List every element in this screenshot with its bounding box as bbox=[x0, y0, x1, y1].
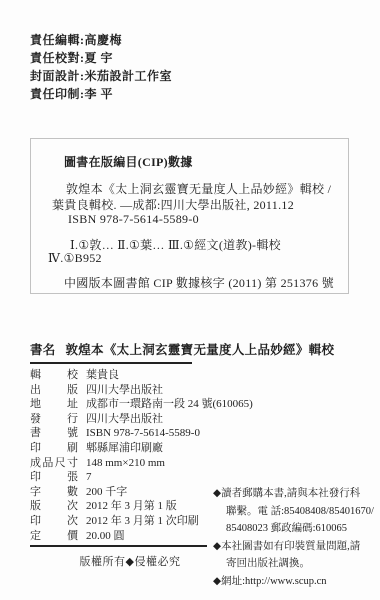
book-title-row: 書名 敦煌本《太上洞玄靈寶无量度人上品妙經》輯校 bbox=[30, 340, 334, 358]
table-row: 印刷郫縣犀浦印刷廠 bbox=[30, 441, 253, 456]
row-value: 2012 年 3 月第 1 次印刷 bbox=[86, 514, 199, 529]
note-mail-order-2: 聯繫。電 話:85408408/85401670/ bbox=[213, 503, 373, 521]
table-row: 地址成都市一環路南一段 24 號(610065) bbox=[30, 397, 253, 412]
cip-data-box: 圖書在版編目(CIP)數據 敦煌本《太上洞玄靈寶无量度人上品妙經》輯校 / 葉貴… bbox=[30, 138, 349, 294]
row-label: 出版 bbox=[30, 383, 78, 398]
row-value: 四川大學出版社 bbox=[86, 412, 163, 427]
cip-title: 圖書在版編目(CIP)數據 bbox=[64, 153, 193, 170]
row-value: 郫縣犀浦印刷廠 bbox=[86, 441, 163, 456]
row-value: 200 千字 bbox=[86, 485, 127, 500]
note-website: ◆網址:http://www.scup.cn bbox=[213, 573, 373, 591]
cip-line-record-no: 中國版本圖書館 CIP 數據核字 (2011) 第 251376 號 bbox=[64, 274, 334, 291]
note-mail-order-3: 85408023 郵政編碼:610065 bbox=[213, 520, 373, 538]
staff-credits: 責任編輯:高慶梅 責任校對:夏 宇 封面設計:米茄設計工作室 責任印制:李 平 bbox=[30, 31, 172, 103]
row-label: 印張 bbox=[30, 470, 78, 485]
cip-line-publisher: 葉貴良輯校. —成都:四川大學出版社, 2011.12 bbox=[52, 196, 294, 213]
row-value: 葉貴良 bbox=[86, 368, 119, 383]
credit-line-cover: 封面設計:米茄設計工作室 bbox=[30, 67, 172, 85]
table-row: 輯校葉貴良 bbox=[30, 368, 253, 383]
copyright-notice: 版權所有◆侵權必究 bbox=[50, 553, 210, 569]
divider-rule-bottom bbox=[30, 545, 207, 547]
note-mail-order-1: ◆讀者郵購本書,請與本社發行科 bbox=[213, 485, 373, 503]
table-row: 書號ISBN 978-7-5614-5589-0 bbox=[30, 426, 253, 441]
table-row: 成品尺寸148 mm×210 mm bbox=[30, 456, 253, 471]
cip-line-isbn: ISBN 978-7-5614-5589-0 bbox=[68, 212, 199, 227]
credit-line-editor: 責任編輯:高慶梅 bbox=[30, 31, 172, 49]
book-title-value: 敦煌本《太上洞玄靈寶无量度人上品妙經》輯校 bbox=[65, 343, 334, 357]
row-label: 印刷 bbox=[30, 441, 78, 456]
row-label: 印次 bbox=[30, 514, 78, 529]
row-label: 字數 bbox=[30, 485, 78, 500]
row-label: 輯校 bbox=[30, 368, 78, 383]
row-value: 20.00 圓 bbox=[86, 529, 125, 544]
note-quality-1: ◆本社圖書如有印裝質量問題,請 bbox=[213, 538, 373, 556]
table-row: 出版四川大學出版社 bbox=[30, 383, 253, 398]
row-label: 地址 bbox=[30, 397, 78, 412]
divider-rule-top bbox=[30, 362, 192, 364]
cip-line-class-code: Ⅳ.①B952 bbox=[48, 251, 102, 266]
row-label: 定價 bbox=[30, 529, 78, 544]
note-quality-2: 寄回出版社調換。 bbox=[213, 555, 373, 573]
table-row: 印張7 bbox=[30, 470, 253, 485]
credit-line-proof: 責任校對:夏 宇 bbox=[30, 49, 172, 67]
row-value: 148 mm×210 mm bbox=[86, 456, 165, 471]
row-value: 四川大學出版社 bbox=[86, 383, 163, 398]
book-title-label: 書名 bbox=[30, 340, 62, 358]
cip-line-title: 敦煌本《太上洞玄靈寶无量度人上品妙經》輯校 / bbox=[66, 180, 331, 197]
publisher-notes: ◆讀者郵購本書,請與本社發行科 聯繫。電 話:85408408/85401670… bbox=[213, 485, 373, 590]
row-value: ISBN 978-7-5614-5589-0 bbox=[86, 426, 200, 441]
row-label: 成品尺寸 bbox=[30, 456, 78, 471]
row-value: 成都市一環路南一段 24 號(610065) bbox=[86, 397, 253, 412]
colophon-page: 責任編輯:高慶梅 責任校對:夏 宇 封面設計:米茄設計工作室 責任印制:李 平 … bbox=[0, 0, 380, 600]
row-value: 2012 年 3 月第 1 版 bbox=[86, 499, 177, 514]
row-value: 7 bbox=[86, 470, 92, 485]
row-label: 版次 bbox=[30, 499, 78, 514]
row-label: 發行 bbox=[30, 412, 78, 427]
row-label: 書號 bbox=[30, 426, 78, 441]
credit-line-printing: 責任印制:李 平 bbox=[30, 85, 172, 103]
table-row: 發行四川大學出版社 bbox=[30, 412, 253, 427]
